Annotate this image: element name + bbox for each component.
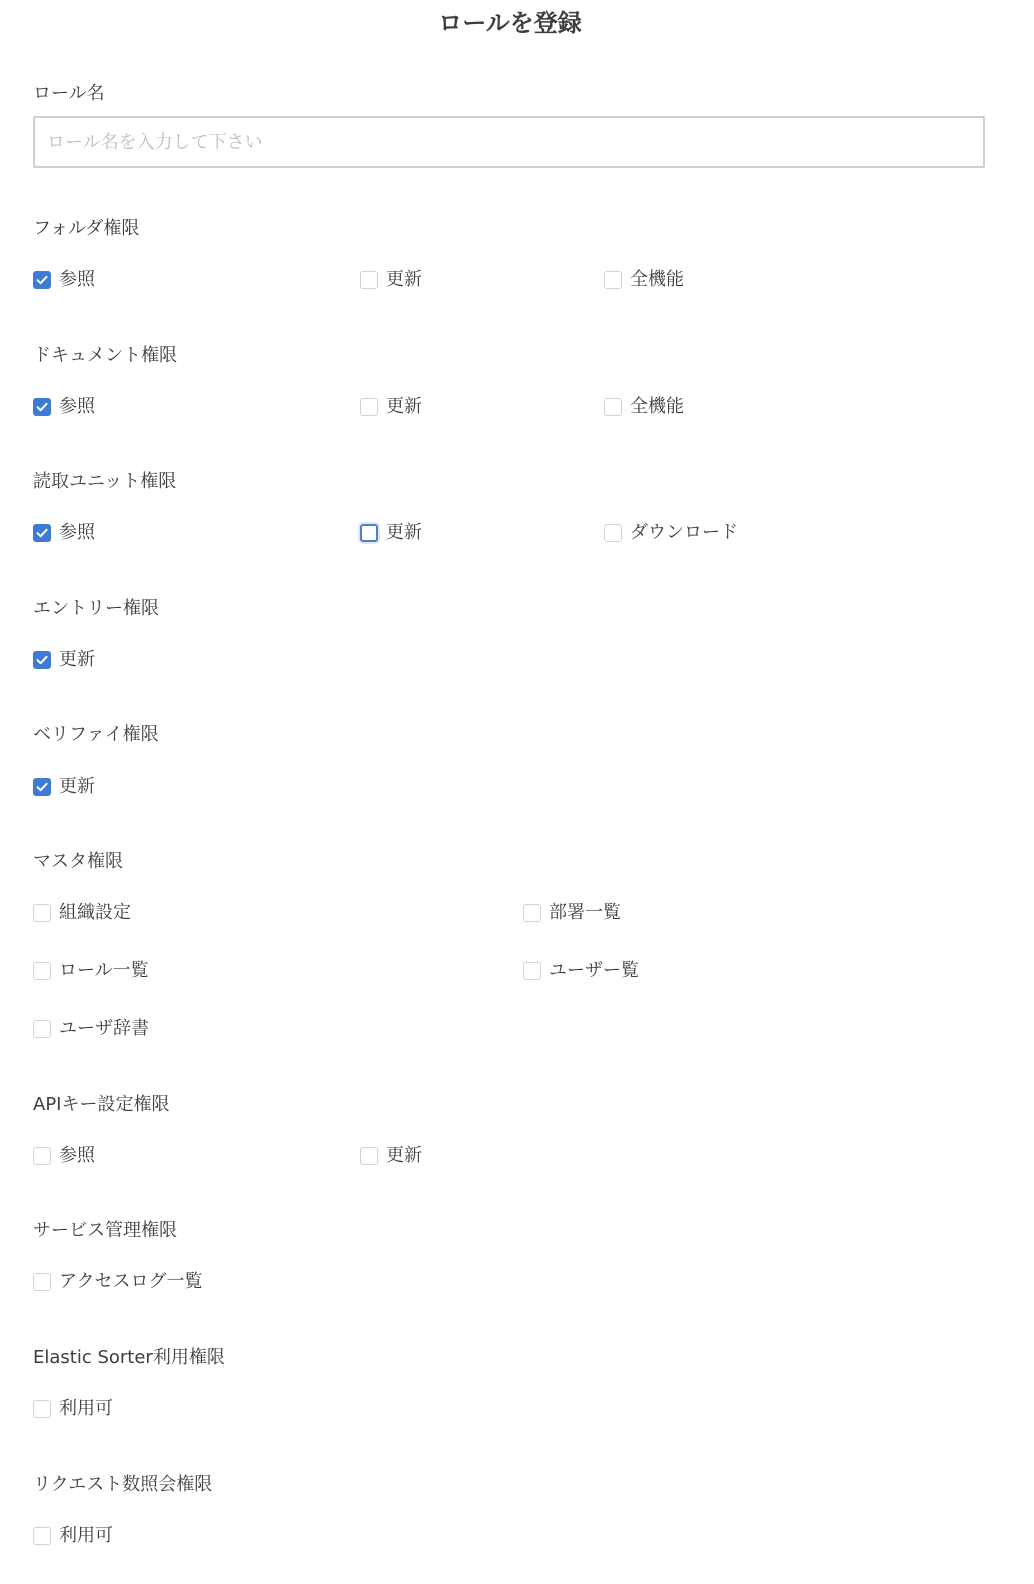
checkbox-label: 参照 (59, 396, 95, 418)
section-label-service-management: サービス管理権限 (33, 1220, 177, 1242)
checkbox-label: 参照 (59, 522, 95, 544)
checkbox-label: 更新 (386, 269, 422, 291)
checkbox-reading-unit-download[interactable]: ダウンロード (604, 522, 738, 544)
checkbox-label: ユーザ辞書 (59, 1018, 149, 1040)
checkbox-api-key-update[interactable]: 更新 (360, 1145, 422, 1167)
checkbox-folder-view[interactable]: 参照 (33, 269, 95, 291)
checkbox-master-organization[interactable]: 組織設定 (33, 902, 131, 924)
role-name-input[interactable] (33, 116, 985, 168)
checkbox-api-key-view[interactable]: 参照 (33, 1145, 95, 1167)
checkbox-elastic-sorter-enabled[interactable]: 利用可 (33, 1398, 113, 1420)
checkbox-label: 利用可 (59, 1398, 113, 1420)
checkbox-label: 参照 (59, 269, 95, 291)
role-name-label: ロール名 (33, 83, 105, 105)
checkbox-label: ダウンロード (630, 522, 738, 544)
checkbox-unchecked-icon[interactable] (360, 271, 378, 289)
checkbox-unchecked-icon[interactable] (33, 1400, 51, 1418)
checkbox-checked-icon[interactable] (33, 778, 51, 796)
checkbox-verify-update[interactable]: 更新 (33, 776, 95, 798)
checkbox-label: アクセスログ一覧 (59, 1271, 202, 1293)
section-label-api-key: APIキー設定権限 (33, 1094, 169, 1116)
checkbox-unchecked-icon[interactable] (33, 1527, 51, 1545)
section-label-folder: フォルダ権限 (33, 218, 139, 240)
section-label-elastic-sorter: Elastic Sorter利用権限 (33, 1347, 225, 1369)
checkbox-label: 更新 (59, 649, 95, 671)
checkbox-unchecked-icon[interactable] (360, 398, 378, 416)
checkbox-label: 更新 (386, 1145, 422, 1167)
checkbox-label: ユーザー覧 (549, 960, 639, 982)
section-label-document: ドキュメント権限 (33, 345, 177, 367)
checkbox-checked-icon[interactable] (33, 271, 51, 289)
role-register-page: ロールを登録 ロール名 フォルダ権限 参照 更新 全機能 ドキュメント権限 参照… (0, 0, 1034, 1584)
page-title: ロールを登録 (0, 8, 1020, 38)
checkbox-unchecked-icon[interactable] (33, 1020, 51, 1038)
checkbox-request-count-enabled[interactable]: 利用可 (33, 1525, 113, 1547)
checkbox-focused-icon[interactable] (360, 524, 378, 542)
checkbox-unchecked-icon[interactable] (604, 398, 622, 416)
section-label-reading-unit: 読取ユニット権限 (33, 471, 176, 493)
checkbox-document-view[interactable]: 参照 (33, 396, 95, 418)
checkbox-label: 部署一覧 (549, 902, 621, 924)
checkbox-label: 更新 (59, 776, 95, 798)
section-label-master: マスタ権限 (33, 851, 123, 873)
checkbox-unchecked-icon[interactable] (33, 1147, 51, 1165)
checkbox-master-departments[interactable]: 部署一覧 (523, 902, 621, 924)
checkbox-checked-icon[interactable] (33, 524, 51, 542)
checkbox-master-roles[interactable]: ロール一覧 (33, 960, 149, 982)
checkbox-label: ロール一覧 (59, 960, 149, 982)
checkbox-label: 組織設定 (59, 902, 131, 924)
section-label-request-count: リクエスト数照会権限 (33, 1474, 212, 1496)
checkbox-unchecked-icon[interactable] (360, 1147, 378, 1165)
checkbox-label: 参照 (59, 1145, 95, 1167)
checkbox-checked-icon[interactable] (33, 651, 51, 669)
checkbox-folder-full[interactable]: 全機能 (604, 269, 684, 291)
checkbox-master-users[interactable]: ユーザー覧 (523, 960, 639, 982)
checkbox-checked-icon[interactable] (33, 398, 51, 416)
checkbox-access-log[interactable]: アクセスログ一覧 (33, 1271, 202, 1293)
checkbox-unchecked-icon[interactable] (33, 904, 51, 922)
checkbox-folder-update[interactable]: 更新 (360, 269, 422, 291)
checkbox-unchecked-icon[interactable] (523, 962, 541, 980)
checkbox-reading-unit-update[interactable]: 更新 (360, 522, 422, 544)
checkbox-unchecked-icon[interactable] (33, 1273, 51, 1291)
checkbox-label: 全機能 (630, 269, 684, 291)
checkbox-entry-update[interactable]: 更新 (33, 649, 95, 671)
checkbox-unchecked-icon[interactable] (604, 524, 622, 542)
checkbox-unchecked-icon[interactable] (604, 271, 622, 289)
checkbox-document-update[interactable]: 更新 (360, 396, 422, 418)
checkbox-reading-unit-view[interactable]: 参照 (33, 522, 95, 544)
checkbox-label: 全機能 (630, 396, 684, 418)
checkbox-label: 利用可 (59, 1525, 113, 1547)
checkbox-label: 更新 (386, 396, 422, 418)
section-label-entry: エントリー権限 (33, 598, 159, 620)
checkbox-document-full[interactable]: 全機能 (604, 396, 684, 418)
checkbox-unchecked-icon[interactable] (33, 962, 51, 980)
section-label-verify: ベリファイ権限 (33, 724, 159, 746)
checkbox-master-user-dictionary[interactable]: ユーザ辞書 (33, 1018, 149, 1040)
checkbox-label: 更新 (386, 522, 422, 544)
checkbox-unchecked-icon[interactable] (523, 904, 541, 922)
